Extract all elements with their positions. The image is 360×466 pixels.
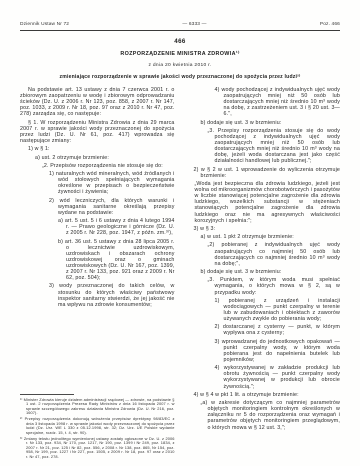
paragraph-point3: 3) w § 3: <box>186 226 341 232</box>
journal-name: Dziennik Ustaw Nr 72 <box>20 22 69 27</box>
paragraph-item1-mineral-waters: 1) naturalnych wód mineralnych, wód źród… <box>20 171 175 195</box>
paragraph-item2-healing-waters: 2) wód leczniczych, dla których warunki … <box>20 198 175 216</box>
paragraph-item2b-spa-law: b) art. 36 ust. 5 ustawy z dnia 28 lipca… <box>20 239 175 282</box>
act-number: 466 <box>20 38 340 45</box>
paragraph-par1-intro: § 1. W rozporządzeniu Ministra Zdrowia z… <box>20 120 175 144</box>
footnote-2: ²⁾ Przepisy rozporządzenia dokonują wdro… <box>20 417 175 435</box>
paragraph-point2: 2) w § 2 w ust. 1 wprowadzenie do wylicz… <box>186 167 341 179</box>
paragraph-point4: 4) w § 4 w pkt 1 lit. a otrzymuje brzmie… <box>186 392 341 398</box>
act-subtitle: zmieniające rozporządzenie w sprawie jak… <box>20 74 340 80</box>
paragraph-legal-basis: Na podstawie art. 13 ustawy z dnia 7 cze… <box>20 87 175 117</box>
paragraph-point3b: b) dodaje się ust. 3 w brzmieniu: <box>186 269 341 275</box>
paragraph-sampling-point1: 1) pobieranej z urządzeń i instalacji wo… <box>186 298 341 322</box>
page-number: — 6333 — <box>182 22 206 27</box>
position-number: Poz. 466 <box>320 22 340 27</box>
paragraph-quote-pkt2: „2) pobieranej z indywidualnych ujęć wod… <box>186 242 341 266</box>
left-column: Na podstawie art. 13 ustawy z dnia 7 cze… <box>20 87 175 459</box>
paragraph-quote-ust3-punkt: „3. Punktem, w którym woda musi spełniać… <box>186 277 341 295</box>
paragraph-quote-ust2: „2. Przepisów rozporządzenia nie stosuje… <box>20 163 175 169</box>
paragraph-item2a-geology-law: a) art. 5 ust. 5 i 6 ustawy z dnia 4 lut… <box>20 218 175 236</box>
paragraph-point3a: a) w ust. 1 pkt 2 otrzymuje brzmienie: <box>186 234 341 240</box>
title-block: 466 ROZPORZĄDZENIE MINISTRA ZDROWIA¹⁾ z … <box>20 38 340 81</box>
footnote-block: ¹⁾ Minister Zdrowia kieruje działem admi… <box>20 392 175 459</box>
footnote-3: ³⁾ Zmiany tekstu jednolitego wymienionej… <box>20 437 175 460</box>
act-date: z dnia 20 kwietnia 2010 r. <box>20 63 340 68</box>
paragraph-sampling-point3: 3) wprowadzanej do jednostkowych opakowa… <box>186 339 341 363</box>
paragraph-item4-individual-intakes: 4) wody pochodzącej z indywidualnych uję… <box>186 87 341 117</box>
paragraph-quote-lit-a: „a) w zakresie dotyczącym co najmniej pa… <box>186 400 341 430</box>
journal-page: Dziennik Ustaw Nr 72 — 6333 — Poz. 466 4… <box>0 0 360 466</box>
paragraph-sampling-point2: 2) dostarczanej z cysterny — punkt, w kt… <box>186 324 341 336</box>
footnote-rule <box>20 394 74 395</box>
paragraph-point1: 1) w § 1: <box>20 146 175 152</box>
paragraph-item3-inspector: 3) wody przeznaczonej do takich celów, w… <box>20 283 175 307</box>
paragraph-point1a: a) ust. 2 otrzymuje brzmienie: <box>20 155 175 161</box>
running-head: Dziennik Ustaw Nr 72 — 6333 — Poz. 466 <box>20 22 340 31</box>
right-column: 4) wody pochodzącej z indywidualnych uję… <box>186 87 341 459</box>
footnote-1: ¹⁾ Minister Zdrowia kieruje działem admi… <box>20 398 175 416</box>
act-heading: ROZPORZĄDZENIE MINISTRA ZDROWIA¹⁾ <box>20 51 340 57</box>
paragraph-quote-ust3: „3. Przepisy rozporządzenia stosuje się … <box>186 128 341 165</box>
body-columns: Na podstawie art. 13 ustawy z dnia 7 cze… <box>20 87 340 459</box>
paragraph-quote-water-safe: „Woda jest bezpieczna dla zdrowia ludzki… <box>186 181 341 224</box>
paragraph-point1b: b) dodaje się ust. 3 w brzmieniu: <box>186 120 341 126</box>
paragraph-sampling-point4: 4) wykorzystywanej w zakładzie produkcji… <box>186 365 341 389</box>
